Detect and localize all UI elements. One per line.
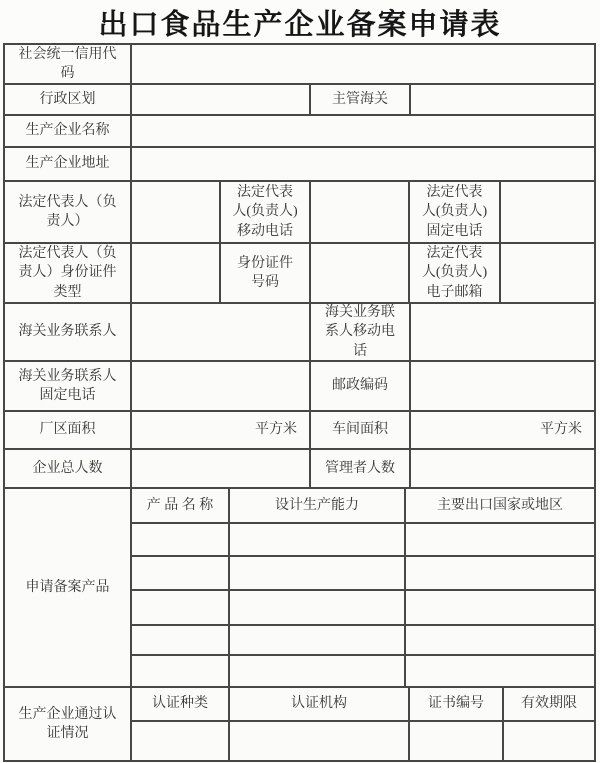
- cert-type-cell: [132, 722, 230, 760]
- product-name-cell: [132, 656, 230, 686]
- value-customs: [411, 85, 594, 114]
- value-workshop-area-sqm: 平方米: [411, 412, 594, 448]
- row-company-name: 生产企业名称: [5, 116, 594, 148]
- cert-body-column-header: 认证机构: [230, 688, 410, 720]
- application-form-table: 社会统一信用代码 行政区划 主管海关 生产企业名称 生产企业地址 法定代表人（负…: [3, 43, 596, 762]
- value-legal-rep-id-type: [132, 244, 221, 302]
- export-markets-cell: [406, 626, 594, 655]
- row-customs-contact-tel: 海关业务联系人 固定电话 邮政编码: [5, 362, 594, 412]
- row-legal-rep: 法定代表人（负 责人） 法定代表 人(负责人) 移动电话 法定代表 人(负责人)…: [5, 182, 594, 244]
- scanned-form-page: 出口食品生产企业备案申请表 社会统一信用代码 行政区划 主管海关 生产企业名称 …: [0, 0, 600, 763]
- products-subtable: 产 品 名 称 设计生产能力 主要出口国家或地区: [132, 489, 594, 686]
- label-customs-contact: 海关业务联系人: [5, 304, 132, 360]
- product-name-cell: [132, 591, 230, 624]
- label-customs-contact-mobile: 海关业务联 系人移动电 话: [311, 304, 411, 360]
- value-customs-contact-tel: [132, 362, 311, 410]
- value-customs-contact-mobile: [411, 304, 594, 360]
- label-legal-rep-tel: 法定代表 人(负责人) 固定电话: [410, 182, 501, 242]
- value-admin-division: [132, 85, 311, 114]
- product-name-cell: [132, 557, 230, 589]
- form-title: 出口食品生产企业备案申请表: [0, 0, 600, 43]
- value-factory-area-sqm: 平方米: [132, 412, 311, 448]
- label-workshop-area: 车间面积: [311, 412, 411, 448]
- cert-body-cell: [230, 722, 410, 760]
- label-legal-rep: 法定代表人（负 责人）: [5, 182, 132, 242]
- row-legal-rep-id: 法定代表人（负 责人）身份证件 类型 身份证件 号码 法定代表 人(负责人) 电…: [5, 244, 594, 304]
- certification-header-row: 认证种类 认证机构 证书编号 有效期限: [132, 688, 594, 722]
- value-company-name: [132, 116, 594, 146]
- export-markets-cell: [406, 591, 594, 624]
- design-capacity-cell: [230, 557, 406, 589]
- design-capacity-cell: [230, 524, 406, 556]
- design-capacity-cell: [230, 591, 406, 624]
- design-capacity-cell: [230, 656, 406, 686]
- cert-validity-cell: [504, 722, 594, 760]
- product-name-column-header: 产 品 名 称: [132, 489, 230, 522]
- cert-validity-column-header: 有效期限: [504, 688, 594, 720]
- value-total-staff: [132, 450, 311, 487]
- cert-type-column-header: 认证种类: [132, 688, 230, 720]
- certification-row: [132, 722, 594, 760]
- value-credit-code: [132, 45, 594, 83]
- value-postal-code: [411, 362, 594, 410]
- label-admin-division: 行政区划: [5, 85, 132, 114]
- section-certification: 生产企业通过认 证情况 认证种类 认证机构 证书编号 有效期限: [5, 688, 594, 760]
- value-company-address: [132, 148, 594, 180]
- row-admin-division: 行政区划 主管海关: [5, 85, 594, 116]
- label-cert-section: 生产企业通过认 证情况: [5, 688, 132, 760]
- product-row: [132, 626, 594, 657]
- label-company-address: 生产企业地址: [5, 148, 132, 180]
- export-markets-column-header: 主要出口国家或地区: [406, 489, 594, 522]
- label-managers: 管理者人数: [311, 450, 411, 487]
- export-markets-cell: [406, 656, 594, 686]
- label-legal-rep-id-type: 法定代表人（负 责人）身份证件 类型: [5, 244, 132, 302]
- product-name-cell: [132, 626, 230, 655]
- value-legal-rep-mobile: [311, 182, 410, 242]
- design-capacity-column-header: 设计生产能力: [230, 489, 406, 522]
- product-row: [132, 524, 594, 558]
- value-customs-contact: [132, 304, 311, 360]
- certification-subtable: 认证种类 认证机构 证书编号 有效期限: [132, 688, 594, 760]
- export-markets-cell: [406, 524, 594, 556]
- cert-number-cell: [410, 722, 504, 760]
- label-legal-rep-mobile: 法定代表 人(负责人) 移动电话: [221, 182, 311, 242]
- cert-number-column-header: 证书编号: [410, 688, 504, 720]
- row-company-address: 生产企业地址: [5, 148, 594, 182]
- row-credit-code: 社会统一信用代码: [5, 45, 594, 85]
- product-row: [132, 591, 594, 626]
- row-staff: 企业总人数 管理者人数: [5, 450, 594, 489]
- label-total-staff: 企业总人数: [5, 450, 132, 487]
- product-row: [132, 656, 594, 686]
- products-header-row: 产 品 名 称 设计生产能力 主要出口国家或地区: [132, 489, 594, 524]
- label-id-number: 身份证件 号码: [221, 244, 311, 302]
- row-customs-contact: 海关业务联系人 海关业务联 系人移动电 话: [5, 304, 594, 362]
- label-company-name: 生产企业名称: [5, 116, 132, 146]
- label-customs-contact-tel: 海关业务联系人 固定电话: [5, 362, 132, 410]
- label-legal-rep-email: 法定代表 人(负责人) 电子邮箱: [410, 244, 501, 302]
- export-markets-cell: [406, 557, 594, 589]
- label-factory-area: 厂区面积: [5, 412, 132, 448]
- label-products-section: 申请备案产品: [5, 489, 132, 686]
- value-legal-rep: [132, 182, 221, 242]
- value-managers: [411, 450, 594, 487]
- value-legal-rep-tel: [501, 182, 594, 242]
- value-id-number: [311, 244, 410, 302]
- label-postal-code: 邮政编码: [311, 362, 411, 410]
- design-capacity-cell: [230, 626, 406, 655]
- label-customs: 主管海关: [311, 85, 411, 114]
- row-areas: 厂区面积 平方米 车间面积 平方米: [5, 412, 594, 450]
- product-name-cell: [132, 524, 230, 556]
- label-credit-code: 社会统一信用代码: [5, 45, 132, 83]
- value-legal-rep-email: [501, 244, 594, 302]
- product-row: [132, 557, 594, 591]
- section-products: 申请备案产品 产 品 名 称 设计生产能力 主要出口国家或地区: [5, 489, 594, 688]
